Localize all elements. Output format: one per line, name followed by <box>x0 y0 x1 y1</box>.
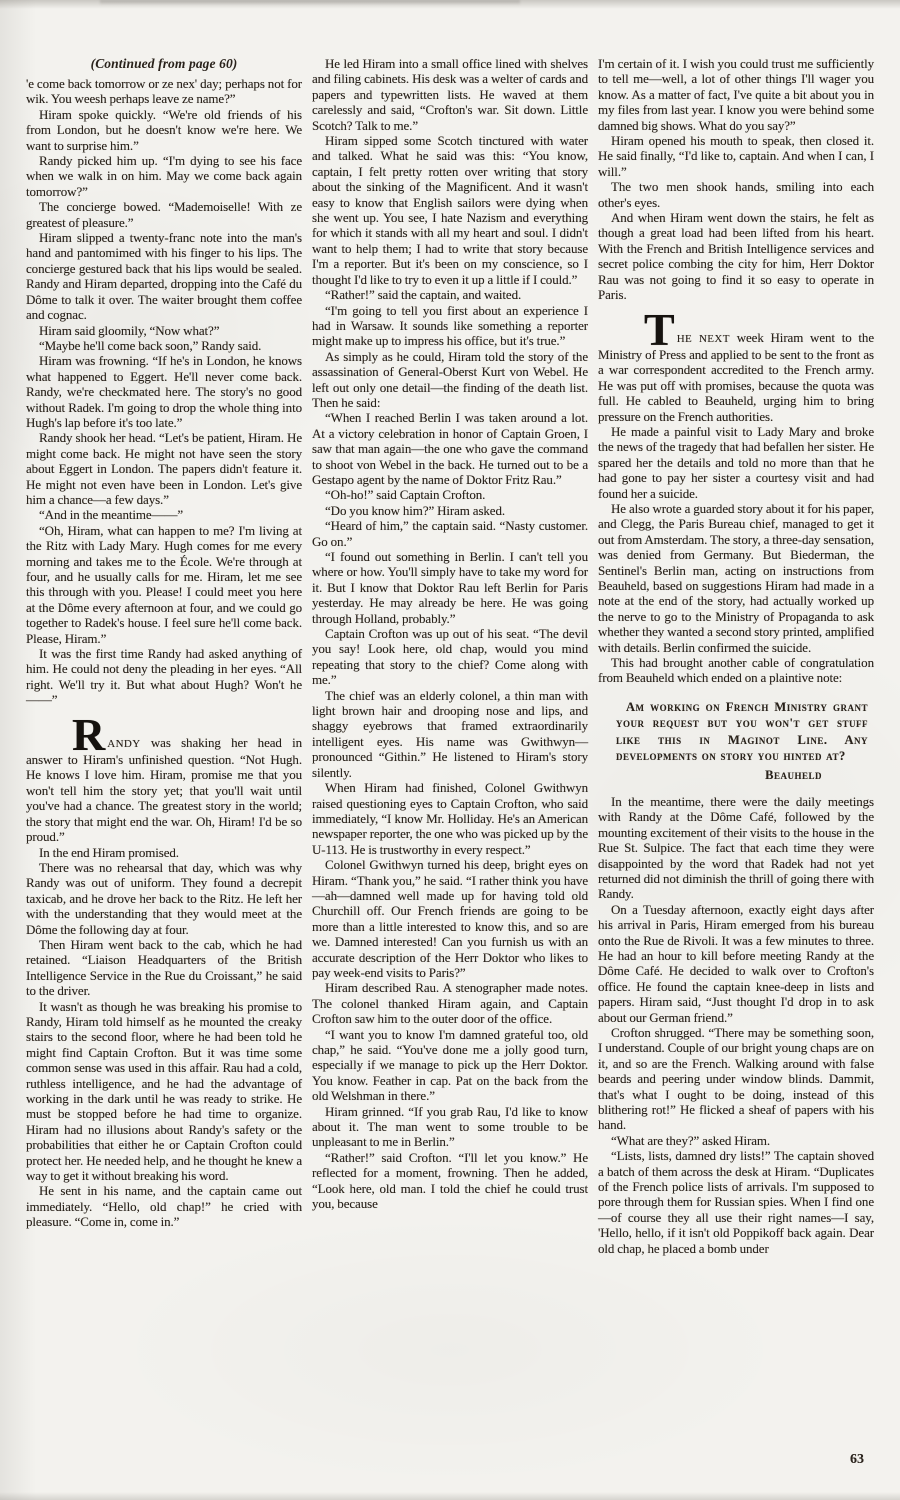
story-paragraph: “I found out something in Berlin. I can'… <box>312 549 588 626</box>
story-paragraph: There was no rehearsal that day, which w… <box>26 860 302 937</box>
story-paragraph: “Maybe he'll come back soon,” Randy said… <box>26 338 302 353</box>
story-paragraph: And when Hiram went down the stairs, he … <box>598 210 874 302</box>
story-paragraph: “Lists, lists, damned dry lists!” The ca… <box>598 1148 874 1256</box>
story-paragraph: As simply as he could, Hiram told the st… <box>312 349 588 411</box>
story-paragraph: Hiram described Rau. A stenographer made… <box>312 980 588 1026</box>
story-paragraph: Randy shook her head. “Let's be patient,… <box>26 430 302 507</box>
scan-edge-bottom <box>0 1492 900 1500</box>
story-paragraph: “I want you to know I'm damned grateful … <box>312 1027 588 1104</box>
story-paragraph: In the end Hiram promised. <box>26 845 302 860</box>
page-number: 63 <box>850 1452 864 1468</box>
scan-edge-top <box>0 0 900 9</box>
story-paragraph: Captain Crofton was up out of his seat. … <box>312 626 588 688</box>
telegram-text: Am working on French Ministry grant your… <box>598 699 874 765</box>
story-paragraph: It wasn't as though he was breaking his … <box>26 999 302 1184</box>
lead-in-caps: ANDY <box>107 738 140 750</box>
story-paragraph: Crofton shrugged. “There may be somethin… <box>598 1025 874 1133</box>
story-paragraph: RANDY was shaking her head in answer to … <box>26 732 302 845</box>
story-paragraph: “What are they?” asked Hiram. <box>598 1133 874 1148</box>
story-paragraph: “Oh-ho!” said Captain Crofton. <box>312 487 588 502</box>
magazine-page: (Continued from page 60) 'e come back to… <box>0 0 900 1500</box>
story-paragraph: Hiram was frowning. “If he's in London, … <box>26 353 302 430</box>
story-paragraph: The concierge bowed. “Mademoiselle! With… <box>26 199 302 230</box>
story-paragraph: “And in the meantime——” <box>26 507 302 522</box>
drop-cap-initial: T <box>644 304 675 355</box>
story-paragraph: “Do you know him?” Hiram asked. <box>312 503 588 518</box>
story-paragraph: “When I reached Berlin I was taken aroun… <box>312 410 588 487</box>
story-paragraph: He also wrote a guarded story about it f… <box>598 501 874 655</box>
text-column-1: (Continued from page 60) 'e come back to… <box>26 56 302 1256</box>
story-paragraph: The two men shook hands, smiling into ea… <box>598 179 874 210</box>
story-paragraph: On a Tuesday afternoon, exactly eight da… <box>598 902 874 1025</box>
text-column-3: I'm certain of it. I wish you could trus… <box>598 56 874 1256</box>
lead-in-caps: HE NEXT <box>677 333 730 345</box>
telegram-signature: Beauheld <box>598 768 874 783</box>
drop-cap-initial: R <box>72 709 105 760</box>
story-paragraph: “Heard of him,” the captain said. “Nasty… <box>312 518 588 549</box>
story-paragraph: Hiram opened his mouth to speak, then cl… <box>598 133 874 179</box>
text-column-2: He led Hiram into a small office lined w… <box>312 56 588 1256</box>
story-paragraph: In the meantime, there were the daily me… <box>598 794 874 902</box>
story-paragraph: When Hiram had finished, Colonel Gwithwy… <box>312 780 588 857</box>
story-paragraph: “Rather!” said the captain, and waited. <box>312 287 588 302</box>
story-paragraph: Then Hiram went back to the cab, which h… <box>26 937 302 999</box>
story-paragraph: Hiram grinned. “If you grab Rau, I'd lik… <box>312 1104 588 1150</box>
story-paragraph: Hiram slipped a twenty-franc note into t… <box>26 230 302 322</box>
story-paragraph: It was the first time Randy had asked an… <box>26 646 302 708</box>
article-columns: (Continued from page 60) 'e come back to… <box>26 56 874 1256</box>
story-paragraph: “Oh, Hiram, what can happen to me? I'm l… <box>26 523 302 646</box>
story-paragraph: Colonel Gwithwyn turned his deep, bright… <box>312 857 588 980</box>
story-paragraph: Hiram sipped some Scotch tinctured with … <box>312 133 588 287</box>
story-paragraph: Randy picked him up. “I'm dying to see h… <box>26 153 302 199</box>
story-paragraph: 'e come back tomorrow or ze nex' day; pe… <box>26 76 302 107</box>
story-paragraph: Hiram said gloomily, “Now what?” <box>26 323 302 338</box>
story-paragraph: I'm certain of it. I wish you could trus… <box>598 56 874 133</box>
story-paragraph: “I'm going to tell you first about an ex… <box>312 303 588 349</box>
story-paragraph: THE NEXT week Hiram went to the Ministry… <box>598 327 874 424</box>
story-paragraph: He made a painful visit to Lady Mary and… <box>598 424 874 501</box>
story-paragraph: This had brought another cable of congra… <box>598 655 874 686</box>
story-paragraph: The chief was an elderly colonel, a thin… <box>312 688 588 780</box>
continued-from-note: (Continued from page 60) <box>26 56 302 72</box>
story-paragraph: He led Hiram into a small office lined w… <box>312 56 588 133</box>
story-paragraph: Hiram spoke quickly. “We're old friends … <box>26 107 302 153</box>
story-paragraph: He sent in his name, and the captain cam… <box>26 1183 302 1229</box>
story-paragraph: “Rather!” said Crofton. “I'll let you kn… <box>312 1150 588 1212</box>
